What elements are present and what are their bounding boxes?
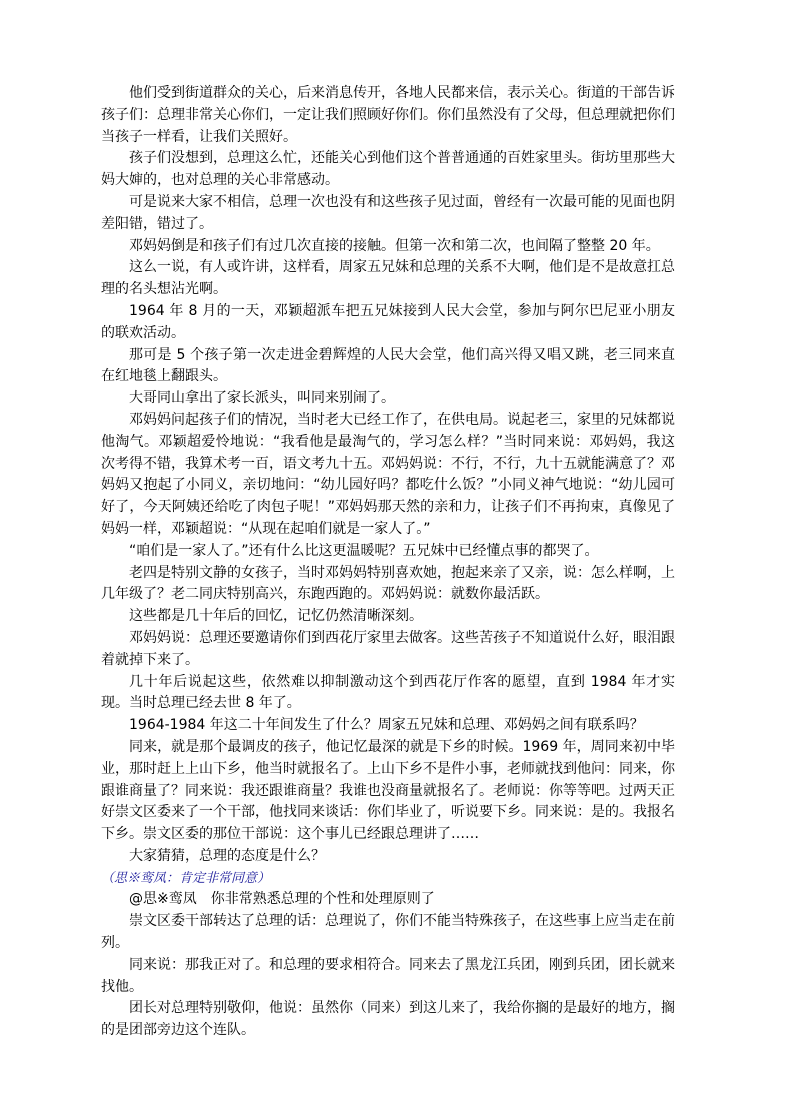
paragraph: 大哥同山拿出了家长派头，叫同来别闹了。 xyxy=(101,388,675,410)
paragraph: 他们受到街道群众的关心，后来消息传开，各地人民都来信，表示关心。街道的干部告诉孩… xyxy=(101,83,675,148)
paragraph: 邓妈妈问起孩子们的情况，当时老大已经工作了，在供电局。说起老三，家里的兄妹都说他… xyxy=(101,410,675,541)
paragraph: 几十年后说起这些，依然难以抑制激动这个到西花厅作客的愿望，直到 1984 年才实… xyxy=(101,672,675,716)
reply-paragraph: @思※鸾凤 你非常熟悉总理的个性和处理原则了 xyxy=(101,889,675,911)
paragraph: 老四是特别文静的女孩子，当时邓妈妈特别喜欢她，抱起来亲了又亲，说：怎么样啊，上几… xyxy=(101,563,675,607)
paragraph: 团长对总理特别敬仰，他说：虽然你（同来）到这儿来了，我给你搁的是最好的地方，搁的… xyxy=(101,998,675,1042)
paragraph: “咱们是一家人了。”还有什么比这更温暖呢？五兄妹中已经懂点事的都哭了。 xyxy=(101,541,675,563)
paragraph: 这么一说，有人或许讲，这样看，周家五兄妹和总理的关系不大啊，他们是不是故意扛总理… xyxy=(101,257,675,301)
paragraph: 那可是 5 个孩子第一次走进金碧辉煌的人民大会堂，他们高兴得又唱又跳，老三同来直… xyxy=(101,345,675,389)
paragraph: 同来，就是那个最调皮的孩子，他记忆最深的就是下乡的时候。1969 年，周同来初中… xyxy=(101,737,675,846)
paragraph: 同来说：那我正对了。和总理的要求相符合。同来去了黑龙江兵团，刚到兵团，团长就来找… xyxy=(101,955,675,999)
reader-comment-note: （思※鸾凤：肯定非常同意） xyxy=(101,868,675,890)
document-page: 他们受到街道群众的关心，后来消息传开，各地人民都来信，表示关心。街道的干部告诉孩… xyxy=(101,83,675,1042)
paragraph: 崇文区委干部转达了总理的话：总理说了，你们不能当特殊孩子，在这些事上应当走在前列… xyxy=(101,911,675,955)
paragraph: 这些都是几十年后的回忆，记忆仍然清晰深刻。 xyxy=(101,606,675,628)
paragraph: 邓妈妈说：总理还要邀请你们到西花厅家里去做客。这些苦孩子不知道说什么好，眼泪跟着… xyxy=(101,628,675,672)
paragraph: 孩子们没想到，总理这么忙，还能关心到他们这个普普通通的百姓家里头。街坊里那些大妈… xyxy=(101,148,675,192)
paragraph: 大家猜猜，总理的态度是什么？ xyxy=(101,846,675,868)
paragraph: 可是说来大家不相信，总理一次也没有和这些孩子见过面，曾经有一次最可能的见面也阴差… xyxy=(101,192,675,236)
paragraph: 邓妈妈倒是和孩子们有过几次直接的接触。但第一次和第二次，也间隔了整整 20 年。 xyxy=(101,236,675,258)
paragraph: 1964 年 8 月的一天，邓颖超派车把五兄妹接到人民大会堂，参加与阿尔巴尼亚小… xyxy=(101,301,675,345)
paragraph: 1964-1984 年这二十年间发生了什么？周家五兄妹和总理、邓妈妈之间有联系吗… xyxy=(101,715,675,737)
